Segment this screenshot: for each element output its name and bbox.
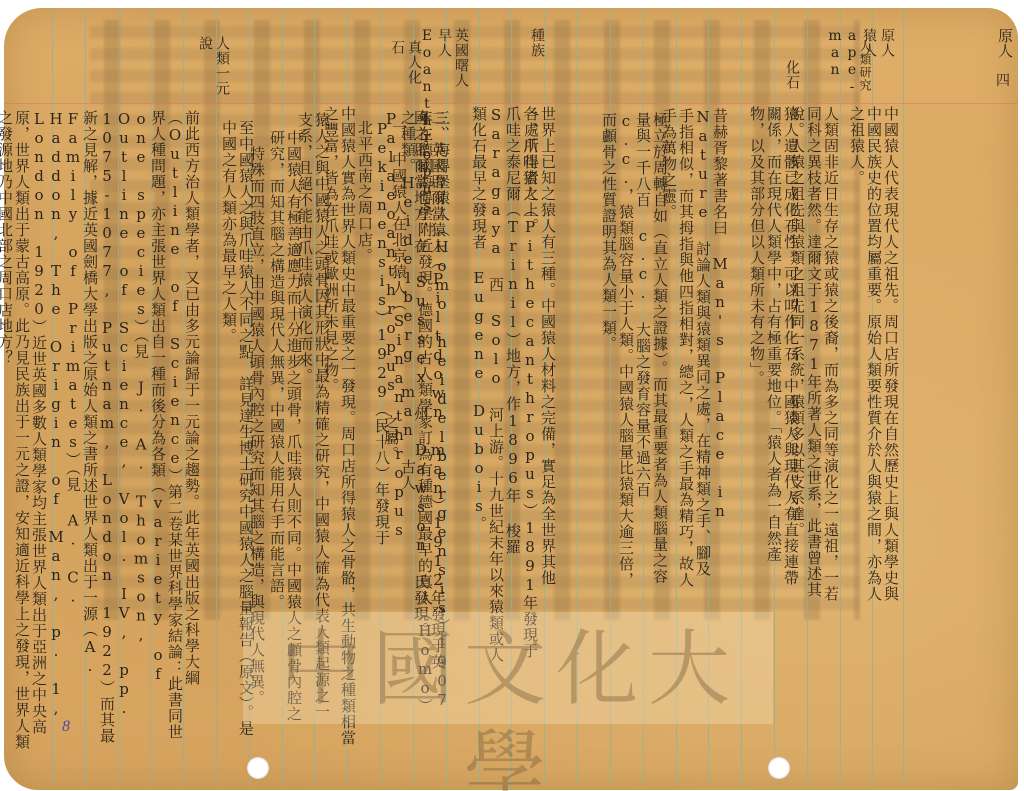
text-column: 一、中國猿人在北京猿人（Sinanthropus Pekinensis）1929… bbox=[356, 120, 407, 560]
text-column: 一、爪哇猿人（Pithecanthropus）1891年發現于爪哇之泰尼爾（Tr… bbox=[470, 106, 538, 666]
vertical-rule bbox=[840, 8, 841, 788]
vertical-rule bbox=[216, 8, 217, 788]
column-heading: 英國曙人 早人 Eoanthropus bbox=[418, 28, 469, 108]
text-column: 極立於周轉自如（直立人類之證據）。而其最重要者為人類腦量之容量與一千八百 c.c… bbox=[600, 112, 668, 592]
text-column: 中國猿人代表現代人之祖先。周口店所發現在自然歷史上與人類學史與中國民族史的位置均… bbox=[848, 106, 899, 606]
vertical-rule bbox=[903, 8, 904, 788]
column-heading: 化石 bbox=[783, 60, 800, 90]
margin-line bbox=[4, 103, 1018, 104]
column-heading: 猿人 ape-man bbox=[826, 28, 877, 98]
column-heading: 原人 bbox=[878, 28, 895, 98]
column-heading: 真人化石 bbox=[388, 40, 422, 90]
text-column: 猿人遺骸已成化石性，可以叫作化石。中國猿人與現代人有直接連帶關係，而在現代人類學… bbox=[748, 106, 799, 586]
pencil-annotation: 8 bbox=[62, 718, 70, 736]
page-number: 四 bbox=[996, 70, 1010, 90]
page-label: 原人 bbox=[995, 28, 1016, 58]
column-heading: 人類一元說 bbox=[196, 36, 230, 106]
punch-hole bbox=[768, 757, 790, 779]
punch-hole bbox=[247, 757, 269, 779]
text-column: 前此西方治人類學者，又已由多元論歸于一元論之趨勢。此年英國出版之科學大綱（Out… bbox=[100, 110, 200, 750]
watermark: 中國文化大學 bbox=[250, 620, 770, 720]
column-heading: 種族 bbox=[528, 28, 545, 68]
text-column: 昔赫胥黎著書名曰 Man's Place in Nature 討論人類與猿類異同… bbox=[660, 108, 728, 588]
